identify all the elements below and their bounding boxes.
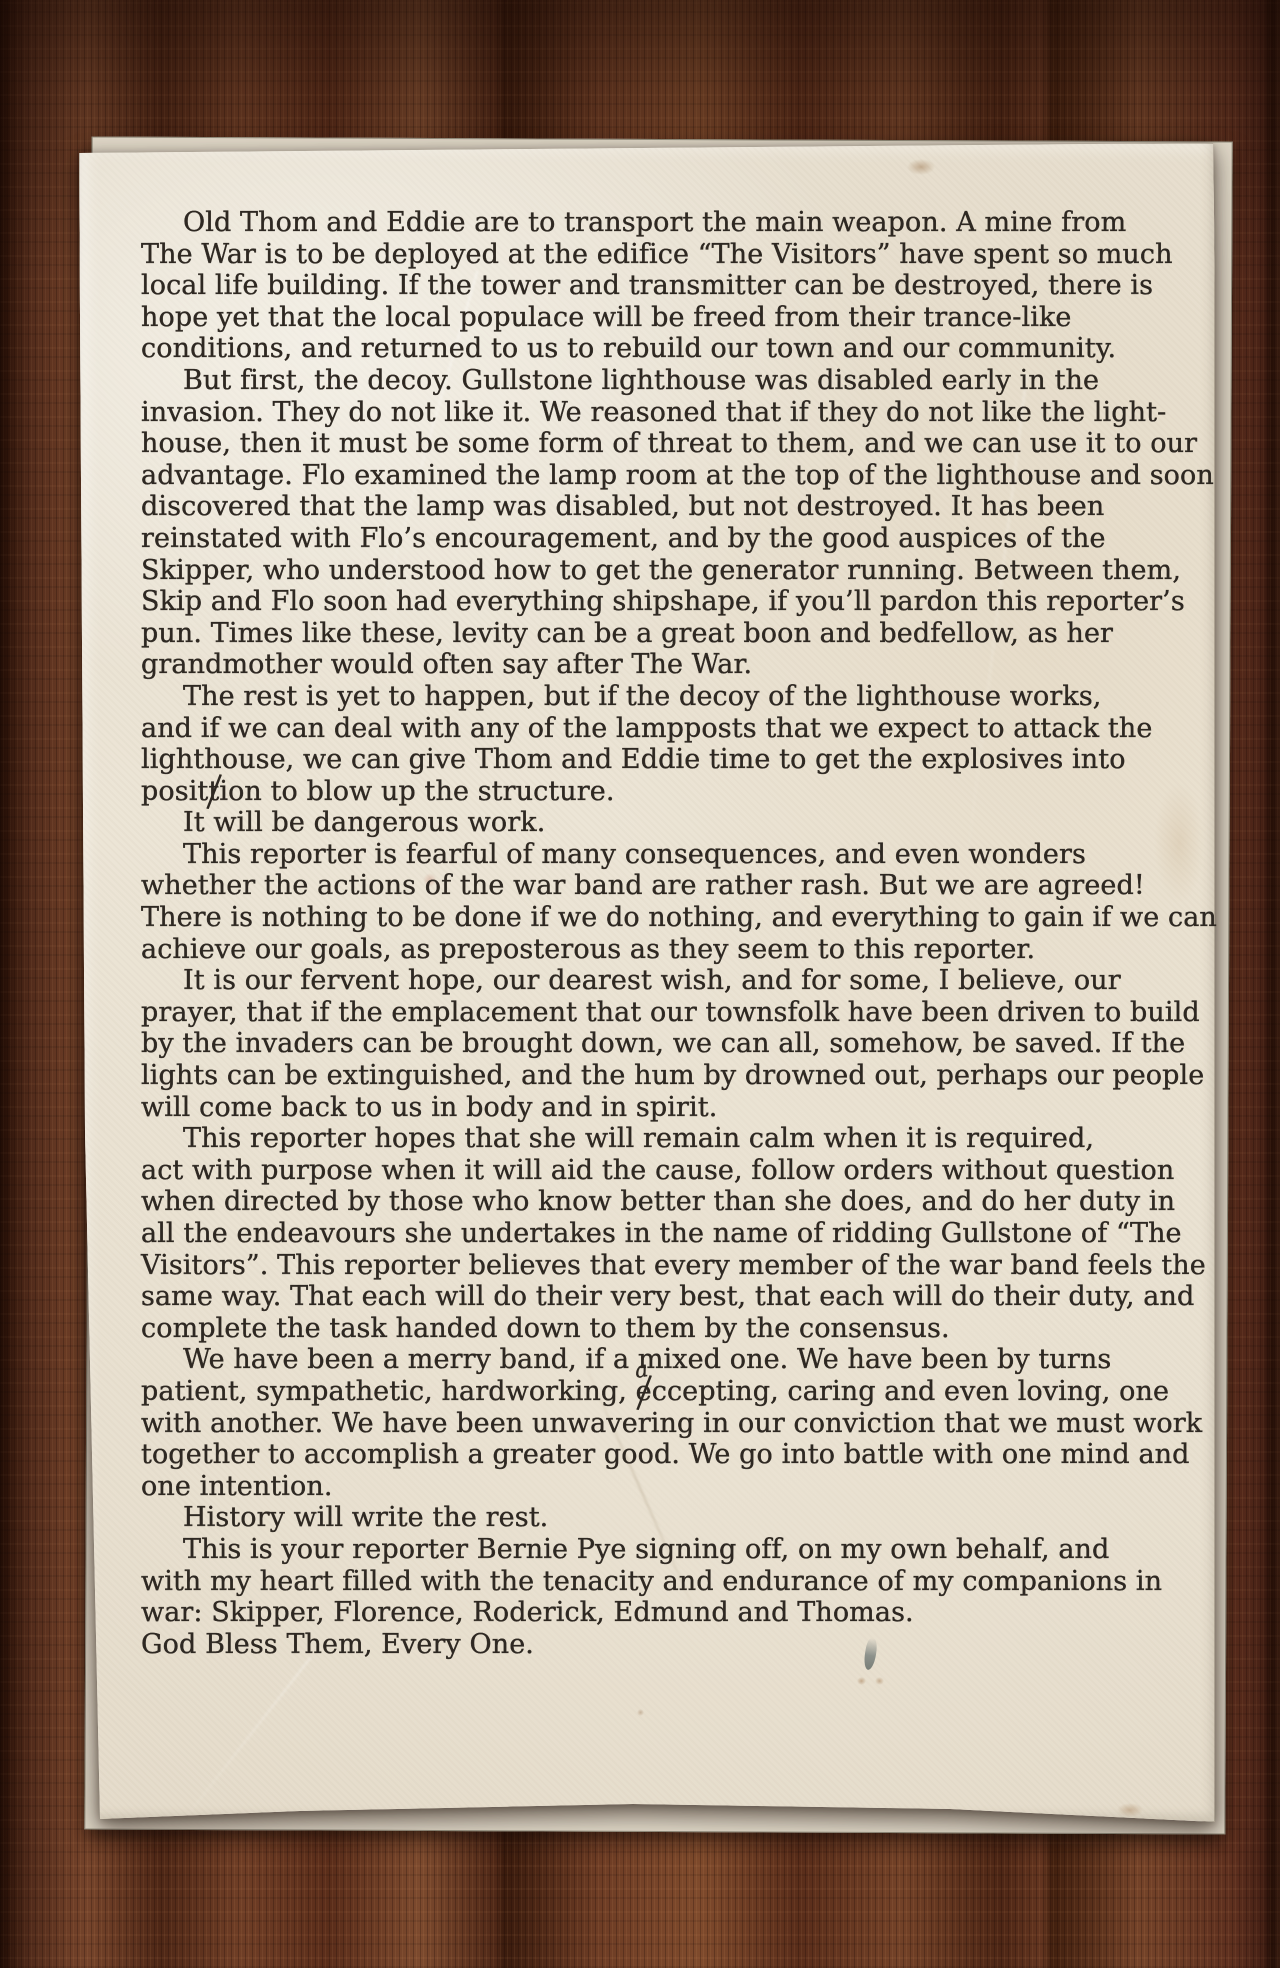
text-line: This reporter is fearful of many consequ…: [141, 839, 1219, 871]
text-line: when directed by those who know better t…: [141, 1186, 1219, 1218]
screenshot-root: { "scene": { "description": "typed lette…: [0, 0, 1280, 1968]
text-line: discovered that the lamp was disabled, b…: [141, 491, 1219, 523]
text-line: The rest is yet to happen, but if the de…: [141, 681, 1219, 713]
text-line: prayer, that if the emplacement that our…: [141, 997, 1219, 1029]
text-line: will come back to us in body and in spir…: [141, 1092, 1219, 1124]
text-line: Old Thom and Eddie are to transport the …: [141, 207, 1219, 239]
text-line: with another. We have been unwavering in…: [141, 1408, 1219, 1440]
text-line: war: Skipper, Florence, Roderick, Edmund…: [141, 1597, 1219, 1629]
text-line: positt/ion to blow up the structure.: [141, 776, 1219, 808]
text-line: Skip and Flo soon had everything shipsha…: [141, 586, 1219, 618]
paper-stain: [1117, 1803, 1143, 1817]
paper-sheet-wrap: Old Thom and Eddie are to transport the …: [79, 143, 1215, 1822]
typo-correction: e/a: [636, 1376, 652, 1408]
letter-text: Old Thom and Eddie are to transport the …: [141, 207, 1219, 1660]
text-line: History will write the rest.: [141, 1502, 1219, 1534]
text-line: But first, the decoy. Gullstone lighthou…: [141, 365, 1219, 397]
wood-table-background: Old Thom and Eddie are to transport the …: [0, 0, 1280, 1968]
text-line: complete the task handed down to them by…: [141, 1313, 1219, 1345]
text-line: together to accomplish a greater good. W…: [141, 1439, 1219, 1471]
text-line: same way. That each will do their very b…: [141, 1281, 1219, 1313]
text-line: house, then it must be some form of thre…: [141, 428, 1219, 460]
text-line: grandmother would often say after The Wa…: [141, 649, 1219, 681]
text-line: and if we can deal with any of the lampp…: [141, 713, 1219, 745]
text-line: act with purpose when it will aid the ca…: [141, 1155, 1219, 1187]
text-line: with my heart filled with the tenacity a…: [141, 1566, 1219, 1598]
text-line: Visitors”. This reporter believes that e…: [141, 1250, 1219, 1282]
text-line: hope yet that the local populace will be…: [141, 302, 1219, 334]
paper-stain-dot: [637, 1709, 644, 1716]
typo-correction: t/: [208, 776, 219, 808]
paper-stain-dot: [857, 1677, 866, 1685]
text-line: pun. Times like these, levity can be a g…: [141, 618, 1219, 650]
text-line: It will be dangerous work.: [141, 807, 1219, 839]
text-line: conditions, and returned to us to rebuil…: [141, 333, 1219, 365]
text-line: one intention.: [141, 1471, 1219, 1503]
text-line: whether the actions of the war band are …: [141, 870, 1219, 902]
text-line: reinstated with Flo’s encouragement, and…: [141, 523, 1219, 555]
text-line: achieve our goals, as preposterous as th…: [141, 934, 1219, 966]
text-line: lights can be extinguished, and the hum …: [141, 1060, 1219, 1092]
text-line: lighthouse, we can give Thom and Eddie t…: [141, 744, 1219, 776]
paper-crease: [168, 1657, 311, 1839]
text-line: The War is to be deployed at the edifice…: [141, 239, 1219, 271]
text-line: by the invaders can be brought down, we …: [141, 1028, 1219, 1060]
text-line: Skipper, who understood how to get the g…: [141, 555, 1219, 587]
text-line: patient, sympathetic, hardworking, e/acc…: [141, 1376, 1219, 1408]
text-line: advantage. Flo examined the lamp room at…: [141, 460, 1219, 492]
text-line: God Bless Them, Every One.: [141, 1629, 1219, 1661]
text-line: This reporter hopes that she will remain…: [141, 1123, 1219, 1155]
text-line: There is nothing to be done if we do not…: [141, 902, 1219, 934]
text-line: We have been a merry band, if a mixed on…: [141, 1344, 1219, 1376]
paper-stain: [907, 159, 935, 175]
text-line: It is our fervent hope, our dearest wish…: [141, 965, 1219, 997]
text-line: invasion. They do not like it. We reason…: [141, 397, 1219, 429]
text-line: local life building. If the tower and tr…: [141, 270, 1219, 302]
paper-sheet: Old Thom and Eddie are to transport the …: [79, 143, 1215, 1822]
text-line: all the endeavours she undertakes in the…: [141, 1218, 1219, 1250]
paper-stain-dot: [875, 1677, 884, 1685]
text-line: This is your reporter Bernie Pye signing…: [141, 1534, 1219, 1566]
